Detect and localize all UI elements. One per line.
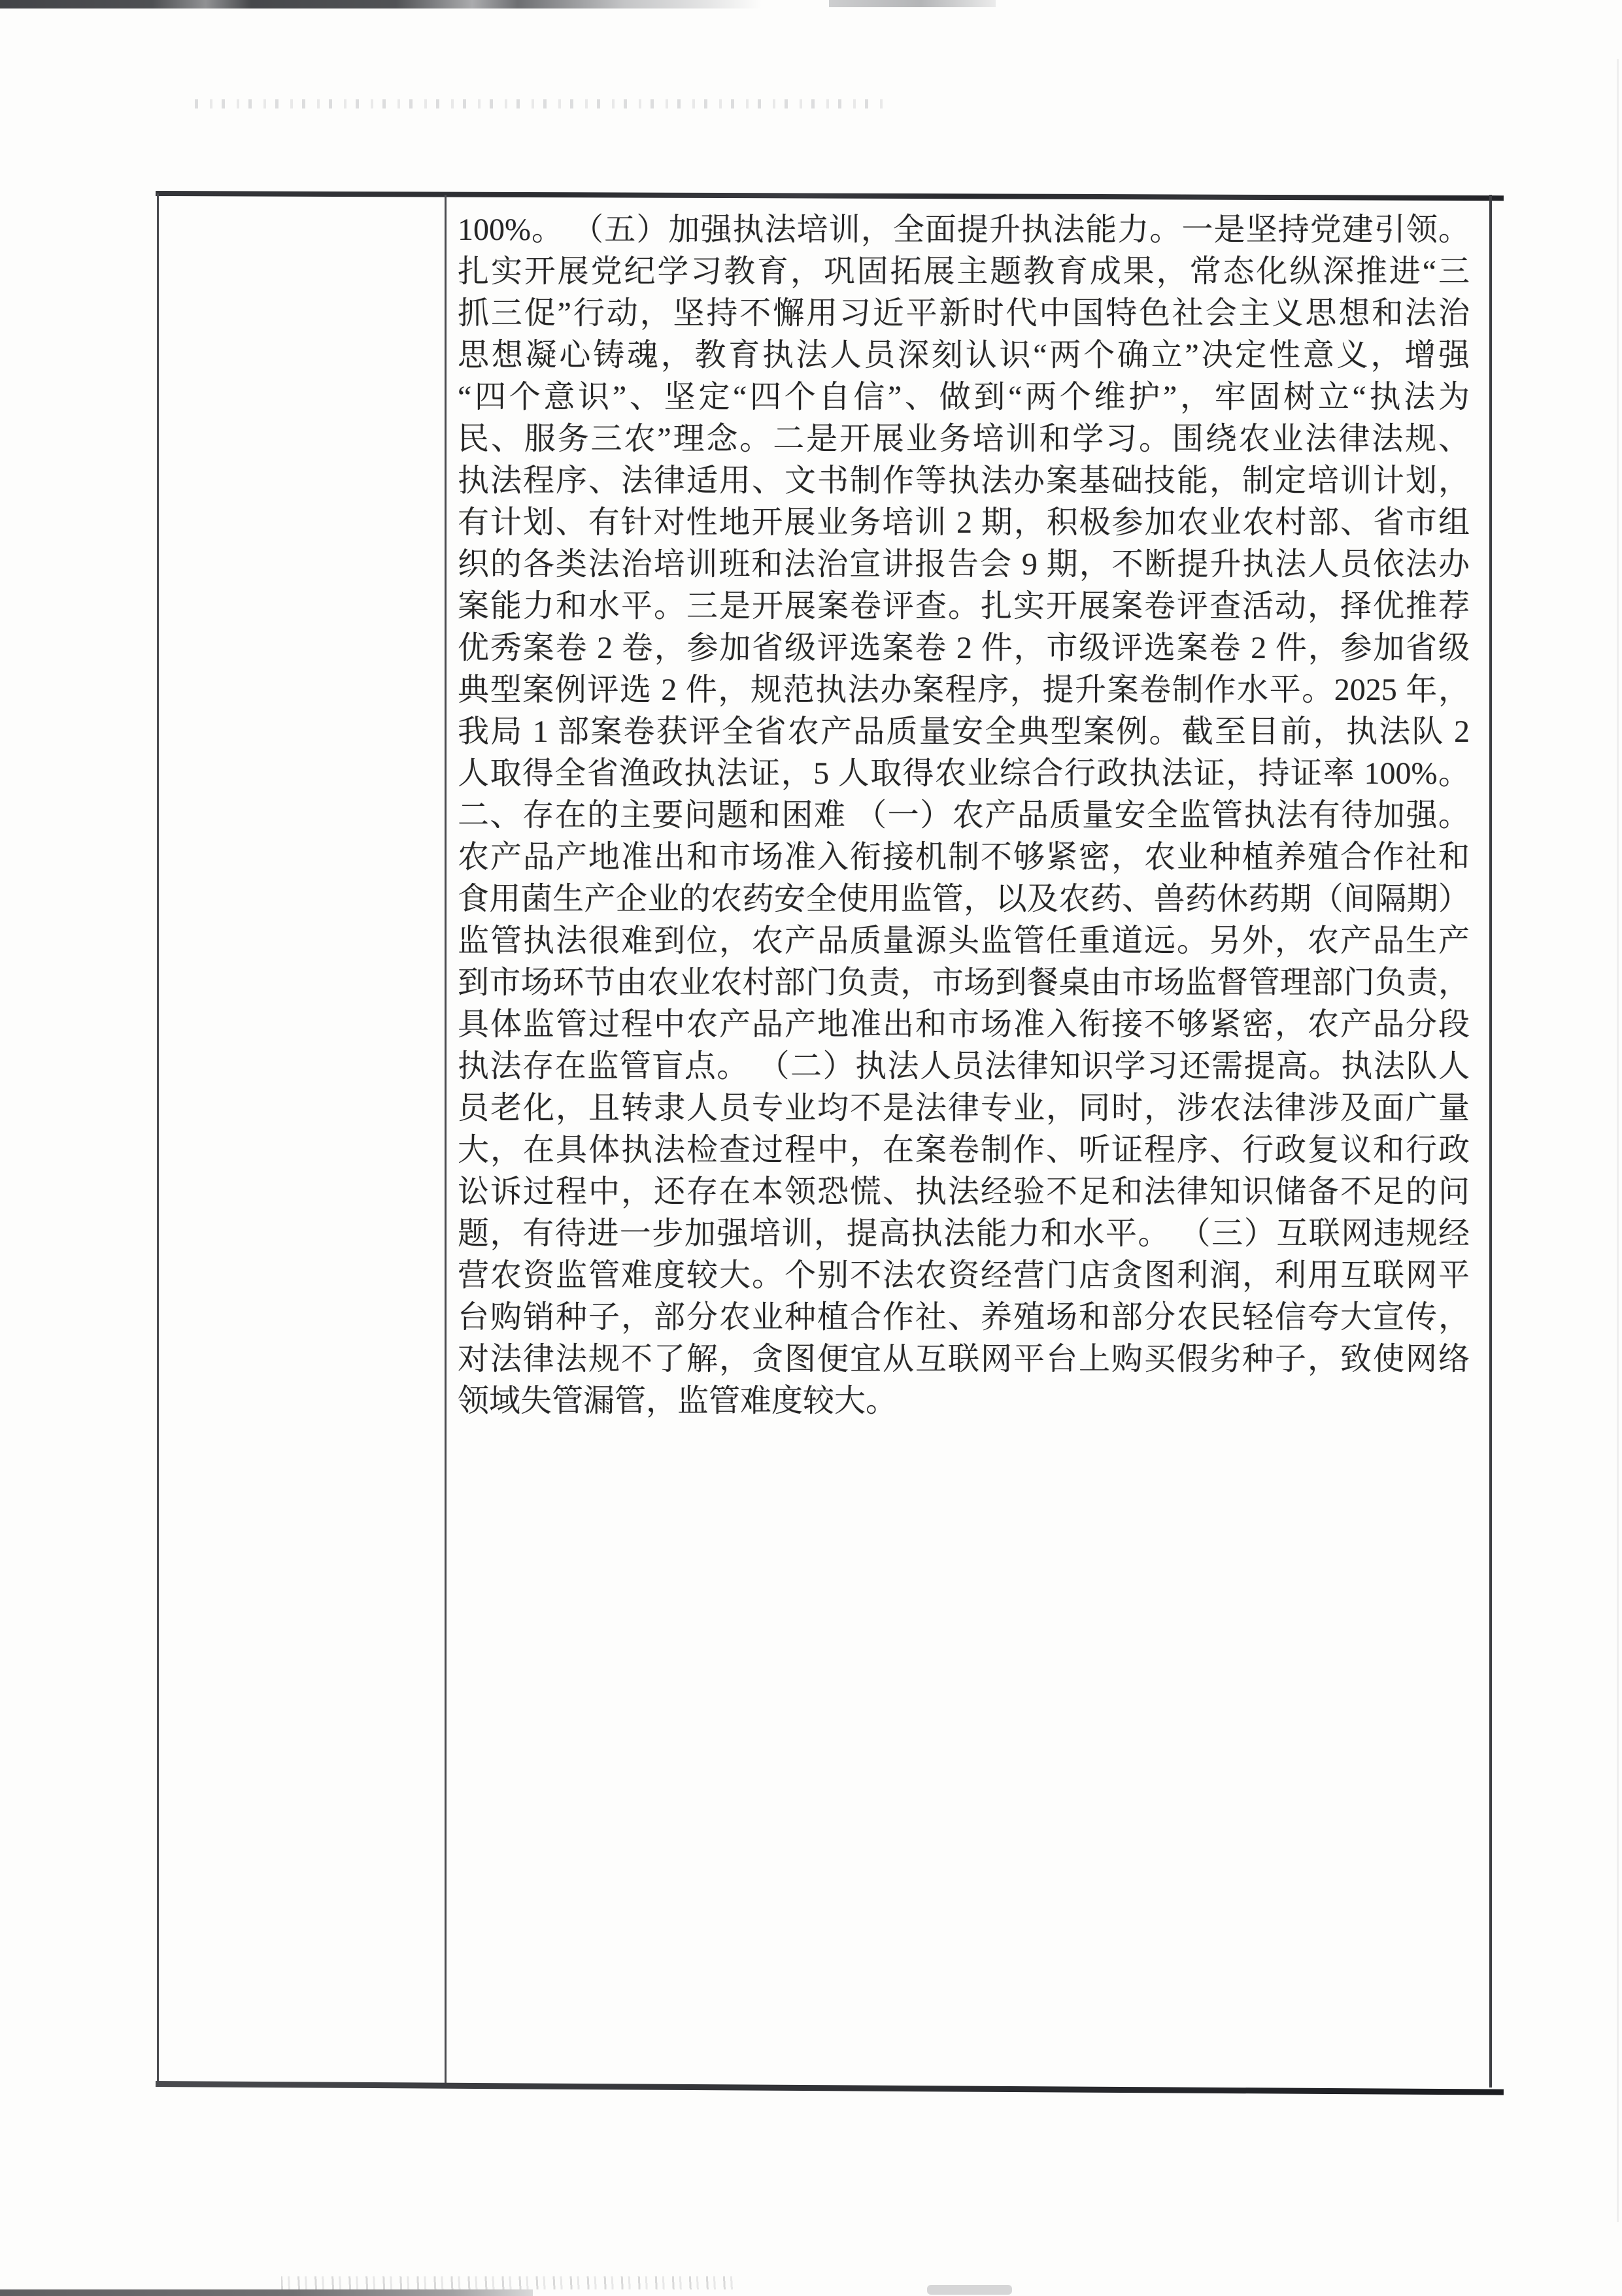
text-line: 织的各类法治培训班和法治宣讲报告会 9 期，不断提升执法人员依法办 xyxy=(458,544,1470,586)
scan-artifact-top-patch xyxy=(829,0,996,7)
text-line: 有计划、有针对性地开展业务培训 2 期，积极参加农业农村部、省市组 xyxy=(458,502,1470,544)
text-line: 监管执法很难到位，农产品质量源头监管任重道远。另外，农产品生产 xyxy=(458,920,1470,962)
text-line: 抓三促”行动，坚持不懈用习近平新时代中国特色社会主义思想和法治 xyxy=(458,293,1470,335)
text-line: 优秀案卷 2 卷，参加省级评选案卷 2 件，市级评选案卷 2 件，参加省级 xyxy=(458,627,1470,669)
table-cell-content: 100%。 （五）加强执法培训，全面提升执法能力。一是坚持党建引领。 扎实开展党… xyxy=(458,209,1470,1422)
text-line: 二、存在的主要问题和困难 （一）农产品质量安全监管执法有待加强。 xyxy=(458,795,1470,837)
table-column-divider xyxy=(445,195,447,2085)
table-right-border xyxy=(1489,195,1492,2088)
scanned-report-page: 100%。 （五）加强执法培训，全面提升执法能力。一是坚持党建引领。 扎实开展党… xyxy=(0,0,1622,2296)
text-line: 典型案例评选 2 件，规范执法办案程序，提升案卷制作水平。2025 年， xyxy=(458,669,1470,711)
scan-artifact-top-edge xyxy=(0,0,762,8)
scan-artifact-bottom-smudge xyxy=(927,2285,1012,2295)
text-line: 对法律法规不了解，贪图便宜从互联网平台上购买假劣种子，致使网络 xyxy=(458,1339,1470,1380)
text-line: 执法程序、法律适用、文书制作等执法办案基础技能，制定培训计划， xyxy=(458,460,1470,502)
text-line: 到市场环节由农业农村部门负责，市场到餐桌由市场监督管理部门负责， xyxy=(458,962,1470,1004)
text-line: 具体监管过程中农产品产地准出和市场准入衔接不够紧密，农产品分段 xyxy=(458,1004,1470,1046)
text-line: 讼诉过程中，还存在本领恐慌、执法经验不足和法律知识储备不足的问 xyxy=(458,1171,1470,1213)
text-line: 员老化，且转隶人员专业均不是法律专业，同时，涉农法律涉及面广量 xyxy=(458,1088,1470,1129)
table-left-border xyxy=(157,193,159,2085)
scan-artifact-bottom-strip xyxy=(0,2289,533,2296)
report-table: 100%。 （五）加强执法培训，全面提升执法能力。一是坚持党建引领。 扎实开展党… xyxy=(157,191,1492,2089)
text-line: 农产品产地准出和市场准入衔接机制不够紧密，农业种植养殖合作社和 xyxy=(458,837,1470,878)
text-line: 台购销种子，部分农业种植合作社、养殖场和部分农民轻信夸大宣传， xyxy=(458,1297,1470,1339)
text-line: 扎实开展党纪学习教育，巩固拓展主题教育成果，常态化纵深推进“三 xyxy=(458,251,1470,293)
text-line: 营农资监管难度较大。个别不法农资经营门店贪图利润，利用互联网平 xyxy=(458,1255,1470,1297)
text-line: 100%。 （五）加强执法培训，全面提升执法能力。一是坚持党建引领。 xyxy=(458,209,1470,251)
text-line: 执法存在监管盲点。 （二）执法人员法律知识学习还需提高。执法队人 xyxy=(458,1046,1470,1088)
text-line: “四个意识”、坚定“四个自信”、做到“两个维护”，牢固树立“执法为 xyxy=(458,376,1470,418)
text-line: 领域失管漏管，监管难度较大。 xyxy=(458,1380,1470,1422)
text-line: 食用菌生产企业的农药安全使用监管，以及农药、兽药休药期（间隔期） xyxy=(458,878,1470,920)
scan-artifact-bottom-noise xyxy=(281,2276,739,2289)
text-line: 大，在具体执法检查过程中，在案卷制作、听证程序、行政复议和行政 xyxy=(458,1129,1470,1171)
table-top-border xyxy=(156,191,1504,201)
text-line: 案能力和水平。三是开展案卷评查。扎实开展案卷评查活动，择优推荐 xyxy=(458,586,1470,627)
table-bottom-border xyxy=(156,2081,1504,2095)
scan-artifact-right-edge xyxy=(1617,59,1619,2222)
text-line: 我局 1 部案卷获评全省农产品质量安全典型案例。截至目前，执法队 2 xyxy=(458,711,1470,753)
scan-noise-row xyxy=(195,99,891,108)
text-line: 题，有待进一步加强培训，提高执法能力和水平。 （三）互联网违规经 xyxy=(458,1213,1470,1255)
text-line: 民、服务三农”理念。二是开展业务培训和学习。围绕农业法律法规、 xyxy=(458,418,1470,460)
text-line: 人取得全省渔政执法证，5 人取得农业综合行政执法证，持证率 100%。 xyxy=(458,753,1470,795)
text-line: 思想凝心铸魂，教育执法人员深刻认识“两个确立”决定性意义，增强 xyxy=(458,335,1470,376)
